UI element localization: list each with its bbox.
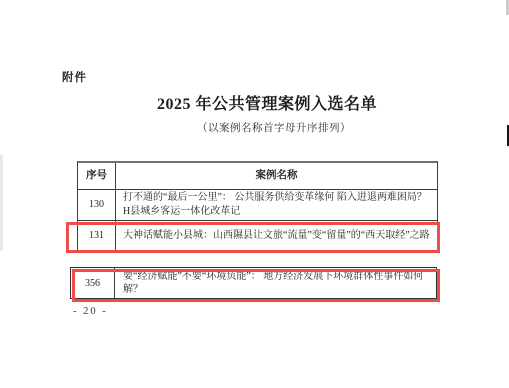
scan-artifact-left <box>0 155 3 251</box>
attachment-label: 附件 <box>62 69 87 85</box>
page-number: - 20 - <box>73 306 108 317</box>
row-index: 131 <box>78 221 116 250</box>
row-case-name: 打不通的“最后一公里”： 公共服务供给变革缘何 陷入进退两难困局？H县城乡客运一… <box>116 190 437 220</box>
table-row: 130 打不通的“最后一公里”： 公共服务供给变革缘何 陷入进退两难困局？H县城… <box>78 190 437 221</box>
document-title: 2025 年公共管理案例入选名单 <box>157 91 377 114</box>
header-case-name: 案例名称 <box>116 163 437 189</box>
case-list-table: 序号 案例名称 130 打不通的“最后一公里”： 公共服务供给变革缘何 陷入进退… <box>77 161 438 251</box>
document-page: 附件 2025 年公共管理案例入选名单 （以案例名称首字母升序排列） 序号 案例… <box>0 0 509 388</box>
table-row: 131 大神话赋能小县城：山西隰县让文旅“流量”变“留量”的“西天取经”之路 <box>78 221 437 250</box>
row-index: 356 <box>71 268 115 298</box>
table-header-row: 序号 案例名称 <box>78 163 437 190</box>
row-case-name: 大神话赋能小县城：山西隰县让文旅“流量”变“留量”的“西天取经”之路 <box>116 221 437 250</box>
row-index: 130 <box>78 190 116 220</box>
row-case-name: 要“经济赋能”不要“环境负能”： 地方经济发展下环境群体性事件如何解？ <box>115 268 436 298</box>
header-index: 序号 <box>78 163 116 189</box>
table-row: 356 要“经济赋能”不要“环境负能”： 地方经济发展下环境群体性事件如何解？ <box>71 268 436 298</box>
document-subtitle: （以案例名称首字母升序排列） <box>197 120 351 135</box>
detached-table-row: 356 要“经济赋能”不要“环境负能”： 地方经济发展下环境群体性事件如何解？ <box>70 267 437 299</box>
